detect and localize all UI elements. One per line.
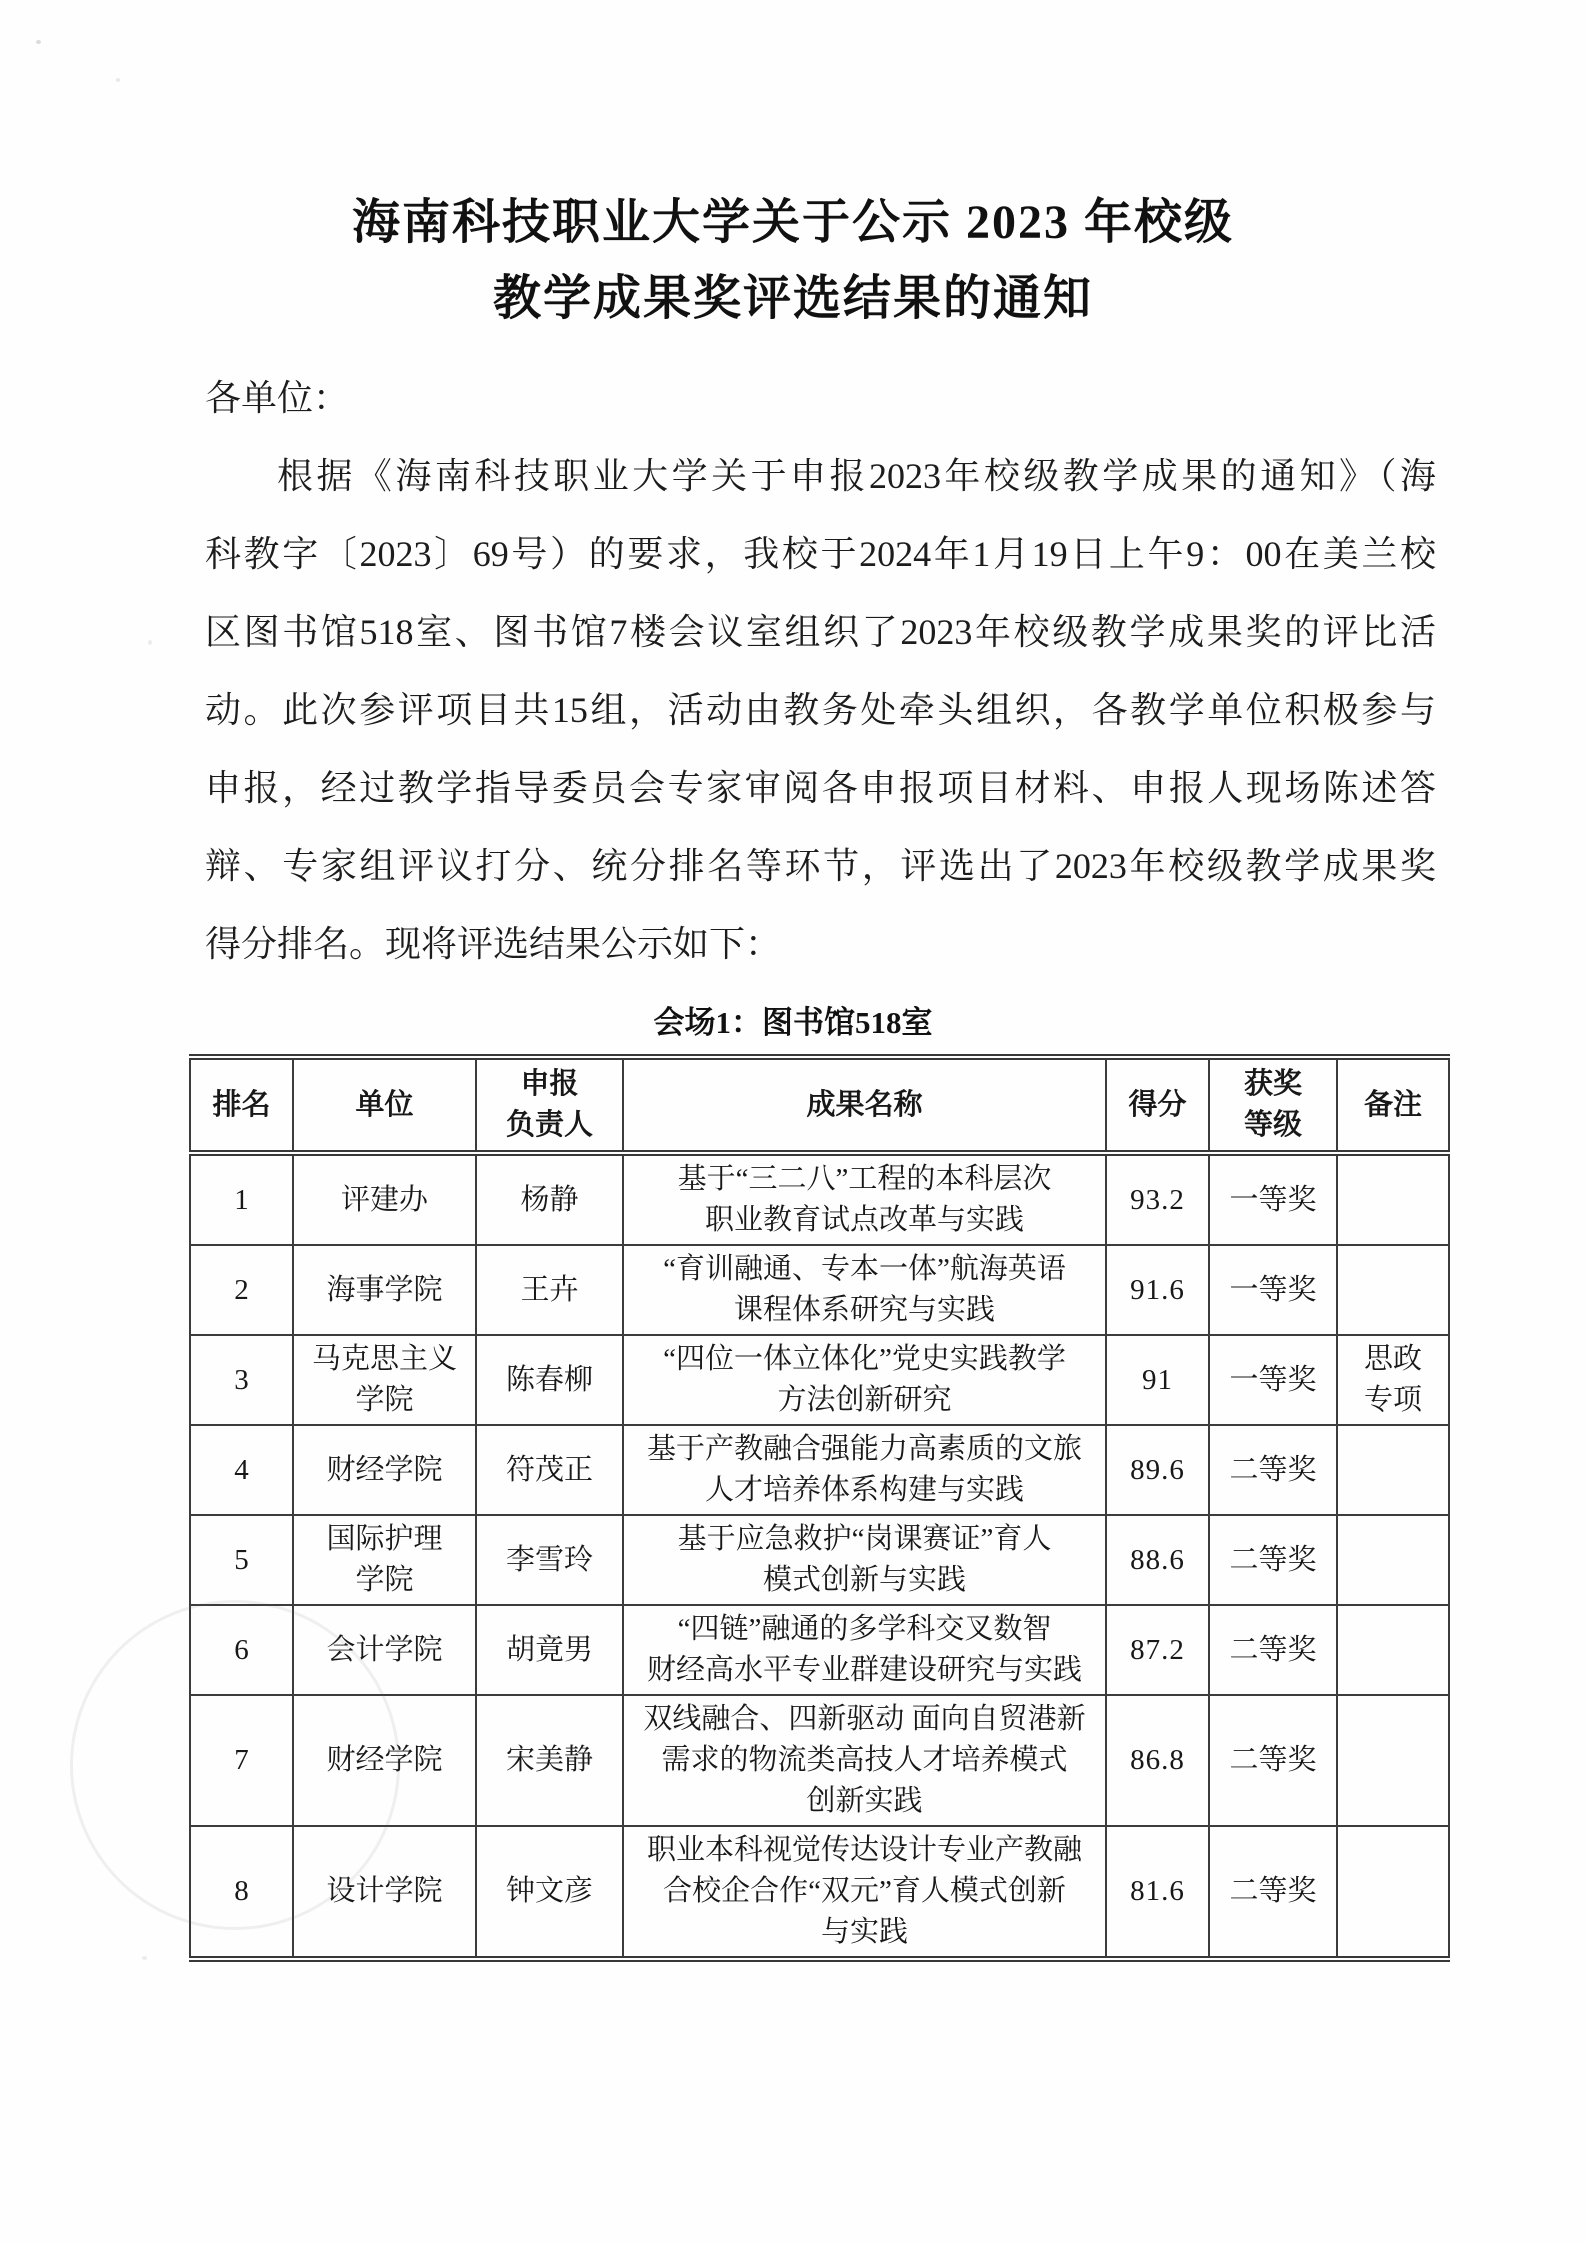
rank-cell: 2: [190, 1245, 293, 1335]
note-cell: [1337, 1695, 1449, 1826]
scan-speck-artifact: [36, 40, 41, 44]
score-cell: 81.6: [1106, 1826, 1209, 1959]
achievement-cell: “四位一体立体化”党史实践教学 方法创新研究: [623, 1335, 1106, 1425]
award-cell: 二等奖: [1209, 1425, 1337, 1515]
score-cell: 89.6: [1106, 1425, 1209, 1515]
achievement-cell: 职业本科视觉传达设计专业产教融 合校企合作“双元”育人模式创新 与实践: [623, 1826, 1106, 1959]
award-cell: 一等奖: [1209, 1153, 1337, 1245]
header-award: 获奖 等级: [1209, 1057, 1337, 1153]
award-cell: 二等奖: [1209, 1605, 1337, 1695]
achievement-cell: 基于应急救护“岗课赛证”育人 模式创新与实践: [623, 1515, 1106, 1605]
achievement-cell: “育训融通、专本一体”航海英语 课程体系研究与实践: [623, 1245, 1106, 1335]
note-cell: [1337, 1515, 1449, 1605]
note-cell: [1337, 1605, 1449, 1695]
award-cell: 二等奖: [1209, 1826, 1337, 1959]
achievement-cell: “四链”融通的多学科交叉数智 财经高水平专业群建设研究与实践: [623, 1605, 1106, 1695]
leader-cell: 李雪玲: [476, 1515, 623, 1605]
paragraph-line: 得分排名。现将评选结果公示如下：: [205, 905, 1436, 983]
note-cell: [1337, 1245, 1449, 1335]
header-leader: 申报 负责人: [476, 1057, 623, 1153]
table-row: 8 设计学院 钟文彦 职业本科视觉传达设计专业产教融 合校企合作“双元”育人模式…: [190, 1826, 1449, 1959]
score-cell: 93.2: [1106, 1153, 1209, 1245]
table-row: 4 财经学院 符茂正 基于产教融合强能力高素质的文旅 人才培养体系构建与实践 8…: [190, 1425, 1449, 1515]
unit-cell: 马克思主义 学院: [293, 1335, 476, 1425]
table-row: 3 马克思主义 学院 陈春柳 “四位一体立体化”党史实践教学 方法创新研究 91…: [190, 1335, 1449, 1425]
paragraph-line: 根据《海南科技职业大学关于申报2023年校级教学成果的通知》（海: [205, 437, 1436, 515]
award-cell: 一等奖: [1209, 1335, 1337, 1425]
scan-speck-artifact: [116, 78, 120, 82]
unit-cell: 国际护理 学院: [293, 1515, 476, 1605]
faint-stamp-artifact: [70, 1600, 400, 1930]
score-cell: 88.6: [1106, 1515, 1209, 1605]
leader-cell: 陈春柳: [476, 1335, 623, 1425]
rank-cell: 5: [190, 1515, 293, 1605]
score-cell: 91.6: [1106, 1245, 1209, 1335]
score-cell: 87.2: [1106, 1605, 1209, 1695]
paragraph-line: 辩、专家组评议打分、统分排名等环节，评选出了2023年校级教学成果奖: [205, 827, 1436, 905]
leader-cell: 胡竟男: [476, 1605, 623, 1695]
salutation: 各单位：: [205, 359, 1436, 437]
leader-cell: 宋美静: [476, 1695, 623, 1826]
leader-cell: 钟文彦: [476, 1826, 623, 1959]
page-title-line-2: 教学成果奖评选结果的通知: [0, 261, 1586, 337]
table-row: 5 国际护理 学院 李雪玲 基于应急救护“岗课赛证”育人 模式创新与实践 88.…: [190, 1515, 1449, 1605]
scan-speck-artifact: [142, 1956, 147, 1960]
award-cell: 二等奖: [1209, 1515, 1337, 1605]
header-rank: 排名: [190, 1057, 293, 1153]
paragraph-line: 区图书馆518室、图书馆7楼会议室组织了2023年校级教学成果奖的评比活: [205, 593, 1436, 671]
note-cell: 思政 专项: [1337, 1335, 1449, 1425]
header-score: 得分: [1106, 1057, 1209, 1153]
table-row: 1 评建办 杨静 基于“三二八”工程的本科层次 职业教育试点改革与实践 93.2…: [190, 1153, 1449, 1245]
page-title-line-1: 海南科技职业大学关于公示 2023 年校级: [0, 185, 1586, 261]
document-page: 海南科技职业大学关于公示 2023 年校级 教学成果奖评选结果的通知 各单位： …: [0, 0, 1586, 2242]
award-cell: 二等奖: [1209, 1695, 1337, 1826]
scan-speck-artifact: [148, 640, 152, 645]
leader-cell: 王卉: [476, 1245, 623, 1335]
leader-cell: 符茂正: [476, 1425, 623, 1515]
score-cell: 86.8: [1106, 1695, 1209, 1826]
award-cell: 一等奖: [1209, 1245, 1337, 1335]
score-cell: 91: [1106, 1335, 1209, 1425]
note-cell: [1337, 1425, 1449, 1515]
rank-cell: 3: [190, 1335, 293, 1425]
paragraph-line: 科教字〔2023〕69号）的要求，我校于2024年1月19日上午9：00在美兰校: [205, 515, 1436, 593]
unit-cell: 海事学院: [293, 1245, 476, 1335]
rank-cell: 4: [190, 1425, 293, 1515]
achievement-cell: 基于“三二八”工程的本科层次 职业教育试点改革与实践: [623, 1153, 1106, 1245]
achievement-cell: 双线融合、四新驱动 面向自贸港新 需求的物流类高技人才培养模式 创新实践: [623, 1695, 1106, 1826]
header-achievement: 成果名称: [623, 1057, 1106, 1153]
paragraph-line: 动。此次参评项目共15组，活动由教务处牵头组织，各教学单位积极参与: [205, 671, 1436, 749]
unit-cell: 评建办: [293, 1153, 476, 1245]
table-row: 6 会计学院 胡竟男 “四链”融通的多学科交叉数智 财经高水平专业群建设研究与实…: [190, 1605, 1449, 1695]
achievement-cell: 基于产教融合强能力高素质的文旅 人才培养体系构建与实践: [623, 1425, 1106, 1515]
rank-cell: 1: [190, 1153, 293, 1245]
header-note: 备注: [1337, 1057, 1449, 1153]
note-cell: [1337, 1153, 1449, 1245]
table-header-row: 排名 单位 申报 负责人 成果名称 得分 获奖 等级 备注: [190, 1057, 1449, 1153]
table-caption: 会场1：图书馆518室: [0, 997, 1586, 1042]
unit-cell: 财经学院: [293, 1425, 476, 1515]
note-cell: [1337, 1826, 1449, 1959]
page-title: 海南科技职业大学关于公示 2023 年校级 教学成果奖评选结果的通知: [0, 0, 1586, 337]
paragraph-line: 申报，经过教学指导委员会专家审阅各申报项目材料、申报人现场陈述答: [205, 749, 1436, 827]
leader-cell: 杨静: [476, 1153, 623, 1245]
header-unit: 单位: [293, 1057, 476, 1153]
table-row: 2 海事学院 王卉 “育训融通、专本一体”航海英语 课程体系研究与实践 91.6…: [190, 1245, 1449, 1335]
notice-body: 各单位： 根据《海南科技职业大学关于申报2023年校级教学成果的通知》（海 科教…: [205, 359, 1436, 983]
